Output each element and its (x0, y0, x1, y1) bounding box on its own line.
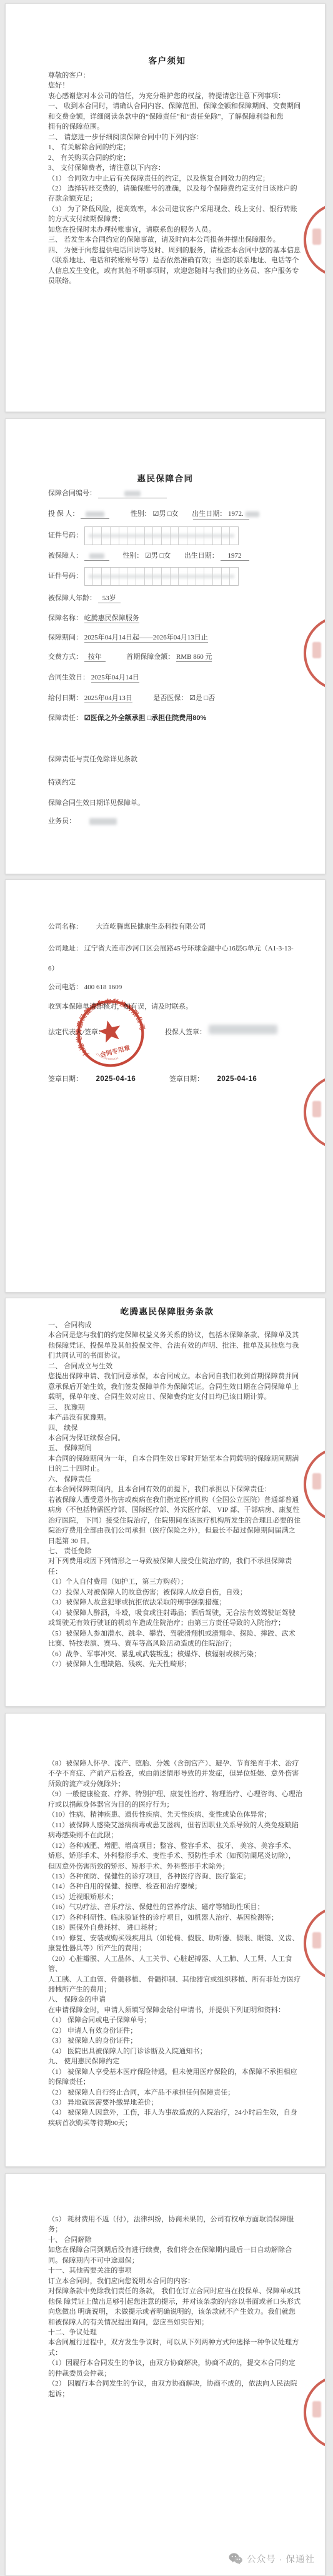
text-line: 本合同是您与我们的约定保障权益义务关系的协议，包括本保障条款、保障单及其 (48, 1330, 286, 1340)
text-line: （联系地址、电话和转账账号等）是否依然准确有效；当您的联系地址、电话等个 (48, 255, 286, 265)
text-line: 人工胰、人工血管、骨髓移植、 骨髓抑制、其他器官或组织移植、所有非处方医疗 (48, 1975, 286, 1985)
text-line: 如您在投保时未办理转账事宜，请联系您的服务人员。 (48, 225, 286, 235)
insured-id-row: 证件号码： (48, 567, 239, 586)
birth-continuation-underline (193, 519, 249, 520)
text-line: （12）各种减肥、增肥、增高项目；整容、整容手术、 拔牙、 美容、美容手术、 (48, 1841, 286, 1851)
text-line: 您提出保障申请、我们同意承保，本合同成立。本合同自我们收到首期保障费并同 (48, 1371, 286, 1381)
age-label: 被保障人年龄： (48, 595, 96, 602)
text-line: （3）被保障人故意犯罪或抗拒依法采取的刑事强制措施； (48, 1597, 286, 1607)
page-title: 惠民保障合同 (6, 471, 325, 484)
liability-label: 保障责任： (48, 714, 82, 722)
sign-date-label: 签章日期： (169, 1075, 204, 1083)
text-line: 治疗医院， 下同）接受住院治疗，住院期间在该医疗机构所发生的合理且必要的住 (48, 1516, 286, 1526)
period-value: 2025年04月14日起——2026年04月13日止 (84, 634, 208, 643)
applicant-row: 投 保 人： 性别： ☑男 □女 出生日期： 1972. (48, 508, 259, 519)
text-line: 六、 保障责任 (48, 1474, 286, 1484)
agent-row: 业务员： (48, 816, 117, 826)
text-line: 存款余额充足； (48, 194, 286, 204)
text-line: （15）近视眼矫形术； (48, 1892, 286, 1902)
text-line: （6）战争、军事冲突、暴乱或武装叛乱；核爆炸、核辐射或核污染； (48, 1649, 286, 1659)
medicare-checkboxes: ☑是 □否 (189, 694, 215, 702)
text-line: （2） 申请人有效身份证件； (48, 2026, 286, 2036)
text-line: 任： (48, 1567, 286, 1577)
text-line: 八、 保障金的申请 (48, 1995, 286, 2005)
gender-label: 性别： (122, 552, 143, 560)
text-line: 起诉； (48, 2389, 286, 2399)
liability-checkboxes: ☑医保之外全额承担 □承担住院费用80% (84, 714, 207, 722)
pay-method-value: 按年 (84, 653, 106, 662)
product-label: 保障名称： (48, 614, 82, 622)
text-line: （2） 被保障人自行终止合同，本产品不承担任何保障责任； (48, 2088, 286, 2098)
applicant-id-row: 证件号码： (48, 526, 239, 545)
text-line: 康复性器具等）所产生的费用； (48, 1943, 286, 1953)
page-title: 屹腾惠民保障服务条款 (48, 1305, 286, 1317)
insured-row: 被保障人： 性别： ☑男 □女 出生日期： 1972 (48, 550, 249, 561)
sign-date-left-value: 2025-04-16 (96, 1075, 136, 1083)
company-name-row: 公司名称： 大连屹腾惠民健康生态科技有限公司 (48, 921, 206, 931)
pay-date-label: 给付日期： (48, 694, 82, 702)
medicare-label: 是否医保： (153, 694, 187, 702)
applicant-name-value (81, 510, 109, 519)
text-line: 二、 请您进一步仔细阅读保障合同中的下列内容： (48, 132, 286, 142)
stamp-star-icon (97, 1018, 124, 1044)
period-label: 保障期间： (48, 634, 82, 641)
text-line: 本合同履行过程中，双方发生争议时，可以从下列两种方式种选择一种争议处理方 (48, 2337, 286, 2347)
text-line: 在申请保障金时，申请人须填写保障金给付申请书，并提供下列证明和资料： (48, 2005, 286, 2015)
text-line: 们共同认可的书面协议。 (48, 1351, 286, 1361)
page-terms-1: 屹腾惠民保障服务条款 一、 合同构成本合同是您与我们的约定保障权益义务关系的协议… (5, 1298, 326, 1707)
birth-label: 出生日期： (184, 552, 219, 560)
text-line: 十二、争议处理 (48, 2327, 286, 2337)
text-line: 务； (48, 2224, 286, 2234)
company-address-row: 公司地址： 辽宁省大连市沙河口区会展路45号环球金融中心16层G单元（A1-3-… (48, 943, 294, 953)
text-line: （3） 被保障人的身份证件； (48, 2036, 286, 2046)
birth-label: 出生日期： (192, 510, 226, 518)
pay-method-label: 交费方式： (48, 653, 82, 661)
text-line: 管、 (48, 1964, 286, 1974)
policy-number-row: 保障合同编号： (48, 488, 167, 498)
text-line: 向您做出 明确说明， 未做提示或者明确说明的，该条款就不产生效力。我们就您 (48, 2307, 286, 2317)
text-line: 矫形、矫形手术、外科整形手术、变性手术、预防性手术（如预防阑尾炎切除）， (48, 1851, 286, 1861)
effective-date-row: 合同生效日： 2025年04月14日 (48, 672, 139, 683)
text-line: 人信息发生变化，或有其他不明事项时，欢迎您随时与我们的业务员、客户服务专 (48, 266, 286, 276)
text-line: 2、 有关购买合同的约定； (48, 153, 286, 163)
insured-birth-value: 1972 (221, 552, 249, 561)
applicant-sign-row: 投保人签章： (165, 1027, 206, 1037)
watermark-footer: 公众号 · 保通社 (229, 2552, 315, 2565)
text-line: （10）性病、精神疾患、遗传性疾病、先天性疾病、变性或染色体异常； (48, 1810, 286, 1820)
text-line: 意承保后开始生效，我们签发保障单作为保障凭证。合同生效日期在合同保障单上 (48, 1382, 286, 1392)
text-line: 病毒感染则不在此限； (48, 1830, 286, 1840)
text-line: 二、 合同成立与生效 (48, 1361, 286, 1371)
text-line: 七、 责任免除 (48, 1546, 286, 1556)
page-terms-2: （8）被保障人怀孕、流产、堕胎、分娩（含剖宫产）、避孕、节育绝育手术、治疗不孕不… (5, 1713, 326, 2167)
text-line: （2） 因履行本合同发生的争议，由双方协商解决，协商不成的，依法向人民法院 (48, 2379, 286, 2389)
applicant-sign-label: 投保人签章： (165, 1029, 206, 1036)
id-number-label: 证件号码： (48, 532, 82, 540)
text-line: （16）气功疗法、音乐疗法、保健性的营养疗法、磁疗等辅助性项目； (48, 1902, 286, 1912)
terms-body: （5） 耗材费用不返（付），法律纠纷，协商未果的，公司有权单方面取消保障服务；十… (48, 2214, 286, 2399)
text-line: 若被保障人遭受意外伤害或疾病在我们指定医疗机构（全国公立医院）普通部普通 (48, 1495, 286, 1505)
text-line: （1） 被保障人享受基本医疗保险待遇，但未使用医疗保险的，本保障不承担相应 (48, 2067, 286, 2077)
gender-label: 性别： (131, 510, 151, 518)
insured-label: 被保障人： (48, 552, 82, 560)
text-line: 衷心感谢您对本公司的信任，为充分维护您的权益，特提请您注意下列事项： (48, 91, 286, 101)
effective-date-value: 2025年04月14日 (91, 674, 139, 683)
text-line: （19）修复、安装或购买残疾用具（如轮椅、假肢、助听器、假眼、眼镜、义齿、 (48, 1933, 286, 1943)
product-row: 保障名称： 屹腾惠民保障服务 (48, 613, 139, 623)
text-line: （4） 医院出具被保障人的门诊诊断及入院通知书； (48, 2046, 286, 2056)
text-line: （8）被保障人怀孕、流产、堕胎、分娩（含剖宫产）、避孕、节育绝育手术、治疗 (48, 1759, 286, 1769)
text-line: 三、 若发生本合同约定的保障事故，请及时向本公司报备并提出保障服务。 (48, 235, 286, 245)
text-line: 本合同为保证续保合同。 (48, 1433, 286, 1443)
text-line: （2）投保人对被保障人的故意伤害；被保障人故意自伤，自残； (48, 1587, 286, 1597)
company-address-value: 辽宁省大连市沙河口区会展路45号环球金融中心16层G单元（A1-3-13- (84, 945, 294, 952)
text-line: 所致的流产或分娩除外； (48, 1779, 286, 1789)
gender-checkboxes: ☑男 □女 (153, 510, 179, 518)
page-contract: 惠民保障合同 保障合同编号： 投 保 人： 性别： ☑男 □女 出生日期： 19… (5, 418, 326, 874)
text-line: （7）被保障人生理缺陷、残疾、先天性畸形； (48, 1659, 286, 1669)
applicant-label: 投 保 人： (48, 510, 79, 518)
sign-date-left-row: 签章日期： 2025-04-16 (48, 1073, 136, 1083)
text-line: （2） 选择转账交费的，请确保账号的准确，以及每个保障费约定支付日该账户的 (48, 184, 286, 194)
text-line: （17）各种科研性、临床验证性的诊疗项目，如机器人治疗、基因检测等； (48, 1913, 286, 1923)
terms-body: （8）被保障人怀孕、流产、堕胎、分娩（含剖宫产）、避孕、节育绝育手术、治疗不孕不… (48, 1759, 286, 2128)
premium-label: 首期保障金额： (126, 653, 174, 661)
text-line: （4）被保障人醉酒，斗殴，吸食或注射毒品；酒后驾驶，无合法有效驾驶证驾驶 (48, 1608, 286, 1618)
text-line: 日的二十四时止。 (48, 1464, 286, 1474)
company-name-label: 公司名称： (48, 923, 82, 930)
page-company-signature: 公司名称： 大连屹腾惠民健康生态科技有限公司 公司地址： 辽宁省大连市沙河口区会… (5, 879, 326, 1293)
edge-stamp-icon (304, 616, 326, 691)
company-phone-value: 400 618 1609 (84, 984, 122, 991)
id-number-grid (84, 526, 239, 545)
terms-body: 一、 合同构成本合同是您与我们的约定保障权益义务关系的协议，包括本保障条款、保障… (48, 1320, 286, 1669)
text-line: 院治疗费用全部由我们公司承担（医疗保险之外），但最长不超过保障期间届满之 (48, 1526, 286, 1536)
text-line: （3） 异地就医需要补缴异地差价； (48, 2098, 286, 2108)
sign-date-right-row: 签章日期： 2025-04-16 (169, 1073, 257, 1083)
period-row: 保障期间： 2025年04月14日起——2026年04月13日止 (48, 632, 208, 643)
document-viewer: 客户须知 尊敬的客户：您好！衷心感谢您对本公司的信任，为充分维护您的权益，特提请… (0, 0, 333, 2576)
text-line: 但因意外伤害所致的矫形、矫形手术、外科整形手术除外； (48, 1862, 286, 1872)
text-line: 十一、其他需要关注的事项 (48, 2266, 286, 2276)
text-line: 和被保障人的有关情况提出询问，您应当如实告知； (48, 2317, 286, 2327)
insured-name-value (84, 552, 109, 561)
agent-label: 业务员： (48, 817, 76, 825)
text-line: （5） 耗材费用不返（付），法律纠纷，协商未果的，公司有权单方面取消保障服 (48, 2214, 286, 2224)
text-line: 的仲裁委员会仲裁； (48, 2369, 286, 2379)
text-line: 和交费金额，详细阅读条款中的“保障责任”和“责任免除”，了解保障利益和您 (48, 112, 286, 122)
text-line: （20）心脏瓣膜、人工晶体、人工关节、心脏起搏器、人工肺、人工肾、人工食 (48, 1954, 286, 1964)
page-title: 客户须知 (48, 54, 286, 66)
text-line: 员联络。 (48, 276, 286, 286)
text-line: （13）各种预防、保健性的诊疗项目，各种医疗咨询、医疗鉴定； (48, 1872, 286, 1882)
text-line: 本产品没有犹豫期。 (48, 1413, 286, 1423)
liability-row: 保障责任： ☑医保之外全额承担 □承担住院费用80% (48, 713, 206, 723)
applicant-signature-blur (209, 1025, 277, 1034)
age-value: 53岁 (98, 595, 121, 603)
text-line: 十、 合同解除 (48, 2235, 286, 2245)
company-phone-label: 公司电话： (48, 984, 82, 991)
text-line: 对保障条款中免除我们责任的条款， 我们在订立合同时应当在投保单、保障单或其 (48, 2286, 286, 2296)
agent-name-blur (89, 818, 117, 825)
text-line: 拥有的保障范围。 (48, 122, 286, 132)
text-line: 比赛、特技表演、赛马、赛车等高风险活动造成的住院治疗； (48, 1639, 286, 1649)
product-value: 屹腾惠民保障服务 (84, 614, 139, 623)
notice-body: 尊敬的客户：您好！衷心感谢您对本公司的信任，为充分维护您的权益，特提请您注意下列… (48, 71, 286, 287)
text-line: 他保 障凭证上做出足够引起您注意的提示，并对该条款的内容以书面或者口头形式 (48, 2297, 286, 2307)
text-line: 器械所产生的费用； (48, 1985, 286, 1995)
sign-date-label: 签章日期： (48, 1075, 82, 1083)
text-line: （1） 合同效力中止后有关保障责任的约定，以及恢复合同效力的约定； (48, 174, 286, 184)
text-line: （1） 保障合同或电子保障单号； (48, 2015, 286, 2025)
text-line: 式： (48, 2348, 286, 2358)
text-line: 一、 收到本合同时，请确认合同内容、保障范围、保障金额和保障期间、交费期间 (48, 101, 286, 111)
text-line: 您好！ (48, 81, 286, 91)
text-line: 载明，保单年度、合同生效对应日、保障费约定支付日均已该日期计算。 (48, 1392, 286, 1402)
text-line: 本合同的保障期间为一年，自本合同生效日零时开始至本合同载明的保障期间期满 (48, 1454, 286, 1464)
watermark-label: 公众号 · 保通社 (247, 2552, 315, 2565)
text-line: （14）各种自用的保健、按摩、检查和治疗器械； (48, 1882, 286, 1892)
text-line: 他保障凭证、投保单及其他投保文件、合法有效的声明、批注、批单及其他您与我 (48, 1341, 286, 1351)
age-row: 被保障人年龄： 53岁 (48, 593, 121, 603)
company-name-value: 大连屹腾惠民健康生态科技有限公司 (96, 923, 206, 930)
wechat-icon (229, 2553, 242, 2565)
text-line: （11）被保障人感染艾滋病病毒或患艾滋病，但若因职业关系导致的人类免疫缺陷 (48, 1820, 286, 1830)
text-line: 疾病首次购买等待期90天； (48, 2118, 286, 2128)
edge-stamp-icon (304, 1075, 326, 1150)
insured-gender-checkboxes: ☑男 □女 (145, 552, 171, 560)
text-line: 九、 使用惠民保障约定 (48, 2056, 286, 2066)
clause-note: 保障责任与责任免除详见条款 (48, 754, 137, 764)
text-line: （18）医保外自费耗材、 进口耗材； (48, 1923, 286, 1933)
text-line: 疗或以捐献身体器官为目的的医疗行为； (48, 1800, 286, 1810)
special-agreement-label: 特别约定 (48, 777, 76, 787)
text-line: 3、 支付保障费者，请注意以下内容： (48, 163, 286, 173)
effective-note: 保障合同生效日期详见保障单。 (48, 797, 144, 807)
text-line: 或驾驶无有效行驶证的机动车造成住院治疗；由第三方责任导致的入院治疗； (48, 1618, 286, 1628)
text-line: （5）被保障人参加潜水、跳伞、攀岩、驾驶滑翔机或滑翔伞、探险、摔跤、武术 (48, 1629, 286, 1639)
text-line: 五、 保障期间 (48, 1443, 286, 1453)
text-line: 的保障责任； (48, 2077, 286, 2087)
sign-date-right-value: 2025-04-16 (217, 1075, 257, 1083)
company-address-label: 公司地址： (48, 945, 82, 952)
text-line: 病房（不包括特需医疗部、国际医疗部、外宾医疗部、 VIP 部、干部病房、康复性 (48, 1505, 286, 1515)
pay-date-value: 2025年04月13日 (84, 694, 132, 703)
text-line: （1）个人自付费用（如护工，第三方购药）； (48, 1577, 286, 1587)
policy-number-value (98, 490, 167, 498)
page-customer-notice: 客户须知 尊敬的客户：您好！衷心感谢您对本公司的信任，为充分维护您的权益，特提请… (5, 3, 326, 412)
text-line: （4） 被保障人因意外，工伤，非人为事故造成的入院治疗，24小时后生效，自身 (48, 2108, 286, 2118)
pay-date-row: 给付日期： 2025年04月13日 是否医保： ☑是 □否 (48, 693, 215, 703)
payment-row: 交费方式： 按年 首期保障金额： RMB 860 元 (48, 651, 212, 662)
policy-number-label: 保障合同编号： (48, 490, 96, 497)
text-line: （9）一般健康检查、疗养、特别护理、康复性治疗、物理治疗、心理咨询、心理治 (48, 1789, 286, 1799)
applicant-birth-value: 1972. (228, 510, 244, 518)
premium-value: RMB 860 元 (176, 653, 212, 662)
text-line: 尊敬的客户： (48, 71, 286, 81)
text-line: 不孕不育症、产前产后检查，或由前述情形导致的并发症，但异位妊娠、意外伤害 (48, 1769, 286, 1779)
text-line: 在本合同保障期间内，且本合同有效的前提下，我们承担以下保障责任： (48, 1484, 286, 1494)
text-line: 订立本合同时，我们应向您说明本合同的内容： (48, 2276, 286, 2286)
company-address-line2: 6） (48, 963, 59, 973)
text-line: 日起第 30 日。 (48, 1536, 286, 1546)
text-line: 同。保障期内不可中途退保； (48, 2256, 286, 2266)
text-line: （1）因履行本合同发生的争议，由双方协商解决，协商不成的，提交本合同约定 (48, 2358, 286, 2368)
id-number-grid (84, 567, 239, 586)
text-line: 1、 有关解除合同的约定； (48, 142, 286, 152)
text-line: 对下列费用或因下列情形之一导致被保障人接受住院治疗的，我们不承担保障责 (48, 1556, 286, 1566)
company-phone-row: 公司电话： 400 618 1609 (48, 982, 122, 992)
text-line: （3） 为了降低风险，提高效率，本公司建议客户采用现金、线上支付、银行转账 (48, 204, 286, 214)
text-line: 一、 合同构成 (48, 1320, 286, 1330)
text-line: 三、 犹豫期 (48, 1403, 286, 1413)
effective-date-label: 合同生效日： (48, 674, 89, 681)
page-terms-3: （5） 耗材费用不返（付），法律纠纷，协商未果的，公司有权单方面取消保障服务；十… (5, 2173, 326, 2576)
text-line: 四、 为便于向您提供电话回访等及时、周到的服务，请检查本合同中您的基本信息 (48, 245, 286, 255)
id-number-label: 证件号码： (48, 573, 82, 580)
text-line: 的方式支付续期保障费； (48, 214, 286, 224)
text-line: 如您在保障合同到期后没有进行续费，我们将会在保障期内最后一日自动解除合 (48, 2245, 286, 2255)
text-line: 四、 续保 (48, 1423, 286, 1433)
